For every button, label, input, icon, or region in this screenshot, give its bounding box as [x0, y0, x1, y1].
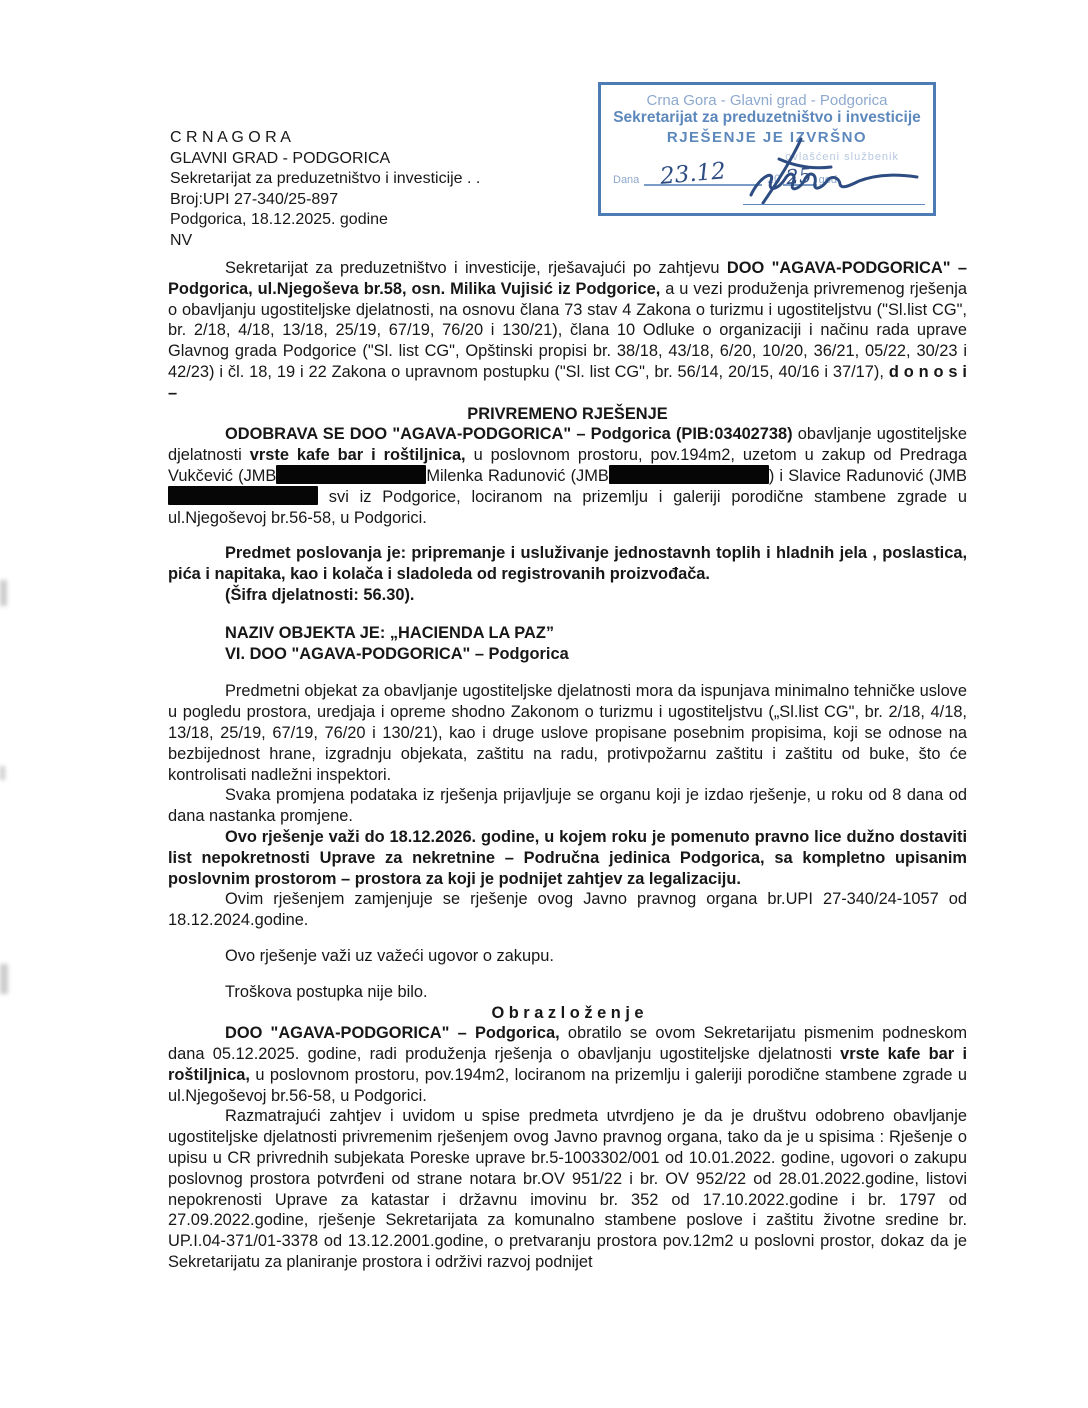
intro-paragraph: Sekretarijat za preduzetništvo i investi…	[168, 258, 967, 404]
business-subject-paragraph: Predmet poslovanja je: pripremanje i usl…	[168, 543, 967, 585]
replacement-paragraph: Ovim rješenjem zamjenjuje se rješenje ov…	[168, 889, 967, 931]
signature-underline	[743, 204, 925, 205]
document-title: PRIVREMENO RJEŠENJE	[168, 404, 967, 425]
company-name-line: VI. DOO "AGAVA-PODGORICA" – Podgorica	[168, 644, 967, 665]
scan-artifact	[0, 580, 7, 606]
department-name: Sekretarijat za preduzetništvo i investi…	[170, 169, 480, 190]
document-body: Sekretarijat za preduzetništvo i investi…	[168, 258, 967, 1273]
handwritten-date: 23.12	[659, 158, 727, 190]
object-name-line: NAZIV OBJEKTA JE: „HACIENDA LA PAZ”	[168, 623, 967, 644]
scanned-decision-page: C R N A G O R A GLAVNI GRAD - PODGORICA …	[0, 0, 1088, 1408]
validity-paragraph: Ovo rješenje važi do 18.12.2026. godine,…	[168, 827, 967, 889]
stamp-authority-line: Crna Gora - Glavni grad - Podgorica	[601, 92, 933, 109]
scan-artifact	[0, 766, 5, 780]
stamp-date-label: Dana	[613, 174, 639, 186]
activity-code-line: (Šifra djelatnosti: 56.30).	[168, 585, 967, 606]
explanation-title: O b r a z l o ž e n j e	[168, 1003, 967, 1024]
case-number: Broj:UPI 27-340/25-897	[170, 190, 480, 211]
costs-line: Troškova postupka nije bilo.	[168, 982, 967, 1003]
letterhead: C R N A G O R A GLAVNI GRAD - PODGORICA …	[170, 128, 480, 252]
stamp-department-line: Sekretarijat za preduzetništvo i investi…	[601, 109, 933, 127]
place-and-date: Podgorica, 18.12.2025. godine	[170, 210, 480, 231]
clerk-initials: NV	[170, 231, 480, 252]
executory-stamp: Crna Gora - Glavni grad - Podgorica Sekr…	[598, 82, 936, 216]
approval-paragraph: ODOBRAVA SE DOO "AGAVA-PODGORICA" – Podg…	[168, 424, 967, 528]
review-paragraph: Razmatrajući zahtjev i uvidom u spise pr…	[168, 1106, 967, 1272]
city-name: GLAVNI GRAD - PODGORICA	[170, 149, 480, 170]
country-name: C R N A G O R A	[170, 128, 480, 149]
request-paragraph: DOO "AGAVA-PODGORICA" – Podgorica, obrat…	[168, 1023, 967, 1106]
lease-validity-line: Ovo rješenje važi uz važeći ugovor o zak…	[168, 946, 967, 967]
scan-artifact	[0, 964, 8, 994]
signature	[727, 133, 927, 211]
technical-conditions-paragraph: Predmetni objekat za obavljanje ugostite…	[168, 681, 967, 785]
change-notification-paragraph: Svaka promjena podataka iz rješenja prij…	[168, 785, 967, 827]
